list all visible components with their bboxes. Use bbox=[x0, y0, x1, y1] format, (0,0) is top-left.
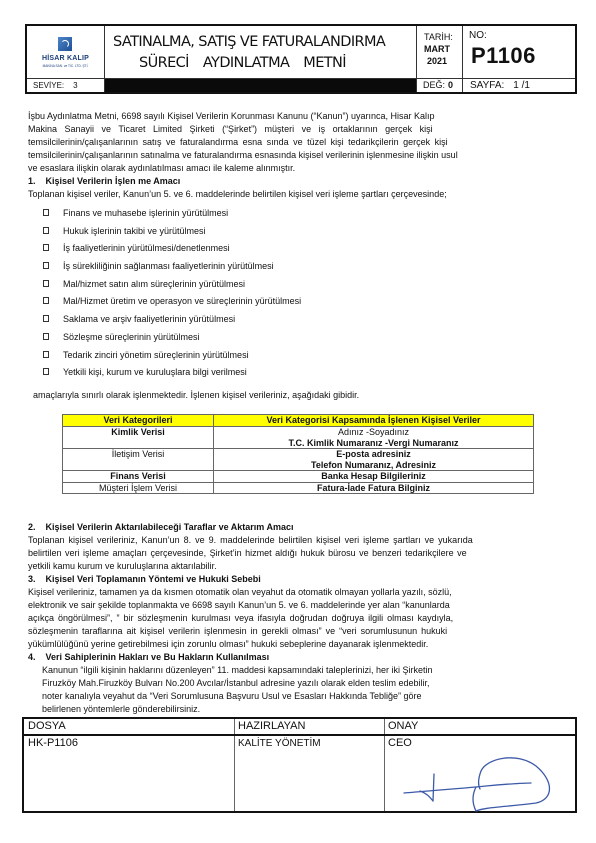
date-box: TARİH: MART 2021 bbox=[417, 26, 463, 79]
title-line-2: SÜRECİ AYDINLATMA METNİ bbox=[139, 55, 346, 71]
checkbox-icon bbox=[43, 297, 49, 304]
document-header: HİSAR KALIP MAKİNA SAN. ve TİC. LTD. ŞTİ… bbox=[25, 24, 577, 94]
paragraph-line: Firuzköy Mah.Firuzköy Bulvarı No.200 Avc… bbox=[42, 677, 430, 690]
logo-icon bbox=[58, 37, 72, 51]
section-1-lead: Toplanan kişisel veriler, Kanun’un 5. ve… bbox=[28, 188, 447, 201]
company-subtitle: MAKİNA SAN. ve TİC. LTD. ŞTİ. bbox=[27, 64, 104, 68]
revision-label: DEĞ: bbox=[423, 80, 445, 90]
intro-paragraph: İşbu Aydınlatma Metni, 6698 sayılı Kişis… bbox=[28, 110, 576, 175]
prepared-value: KALİTE YÖNETİM bbox=[234, 736, 321, 751]
section-3-heading: 3. Kişisel Veri Toplamanın Yöntemi ve Hu… bbox=[28, 573, 261, 586]
file-value: HK-P1106 bbox=[24, 736, 78, 751]
list-item: Mal/Hizmet üretim ve operasyon ve süreçl… bbox=[43, 295, 301, 313]
section-4-heading: 4. Veri Sahiplerinin Hakları ve Bu Hakla… bbox=[28, 651, 269, 664]
section-1-closing: amaçlarıyla sınırlı olarak işlenmektedir… bbox=[33, 389, 359, 402]
text: E-posta adresiniz bbox=[216, 449, 531, 460]
intro-line: İşbu Aydınlatma Metni, 6698 sayılı Kişis… bbox=[28, 110, 576, 123]
column-header: Veri Kategorisi Kapsamında İşlenen Kişis… bbox=[214, 415, 534, 427]
paragraph-line: elektronik ve sair şekilde toplanmakta v… bbox=[28, 599, 450, 612]
category-cell: İletişim Verisi bbox=[63, 449, 214, 471]
document-number: P1106 bbox=[471, 43, 536, 69]
category-cell: Müşteri İşlem Verisi bbox=[63, 482, 214, 494]
paragraph-line: belirtilen veri işleme amaçları çerçeves… bbox=[28, 547, 467, 560]
checkbox-icon bbox=[43, 333, 49, 340]
page-label: SAYFA: bbox=[470, 80, 504, 91]
text: Fatura-İade Fatura Bilginiz bbox=[216, 483, 531, 494]
paragraph-line: sözleşmenin taraflarına ait kişisel veri… bbox=[28, 625, 447, 638]
list-item-text: Yetkili kişi, kurum ve kuruluşlara bilgi… bbox=[63, 367, 247, 377]
checkbox-icon bbox=[43, 315, 49, 322]
text: Banka Hesap Bilgileriniz bbox=[216, 471, 531, 482]
list-item: Mal/hizmet satın alım süreçlerinin yürüt… bbox=[43, 278, 301, 296]
text: 3. bbox=[28, 573, 43, 586]
section-1-heading: 1. Kişisel Verilerin İşlen me Amacı bbox=[28, 175, 180, 188]
date-month: MART bbox=[424, 44, 450, 54]
text: T.C. Kimlik Numaranız -Vergi Numaranız bbox=[216, 438, 531, 449]
no-label: NO: bbox=[469, 30, 487, 41]
approval-table: DOSYA HAZIRLAYAN ONAY HK-P1106 KALİTE YÖ… bbox=[22, 717, 577, 813]
section-title: Kişisel Verilerin Aktarılabileceği Taraf… bbox=[46, 522, 294, 532]
list-item: Finans ve muhasebe işlerinin yürütülmesi bbox=[43, 207, 301, 225]
list-item: İş sürekliliğinin sağlanması faaliyetler… bbox=[43, 260, 301, 278]
document-title: SATINALMA, SATIŞ VE FATURALANDIRMA SÜREC… bbox=[105, 26, 417, 79]
checkbox-icon bbox=[43, 280, 49, 287]
paragraph-line: yükümlülüğünü yerine getirebilmesi için … bbox=[28, 638, 428, 651]
text: Adınız -Soyadınız bbox=[216, 427, 531, 438]
prepared-label: HAZIRLAYAN bbox=[234, 719, 305, 734]
list-item-text: Finans ve muhasebe işlerinin yürütülmesi bbox=[63, 208, 228, 218]
list-item-text: Tedarik zinciri yönetim süreçlerinin yür… bbox=[63, 350, 249, 360]
data-cell: E-posta adresinizTelefon Numaranız, Adre… bbox=[214, 449, 534, 471]
paragraph-line: Kişisel verileriniz, tamamen ya da kısme… bbox=[28, 586, 452, 599]
company-name: HİSAR KALIP bbox=[27, 55, 104, 62]
approval-label: ONAY bbox=[384, 719, 418, 734]
intro-line: temsilcilerinin/çalışanlarının satış ve … bbox=[28, 136, 576, 149]
column-header: Veri Kategorileri bbox=[63, 415, 214, 427]
paragraph-line: Kanunun “ilgili kişinin haklarını düzenl… bbox=[42, 664, 433, 677]
paragraph-line: Toplanan kişisel verileriniz, Kanun’un 8… bbox=[28, 534, 473, 547]
list-item-text: İş faaliyetlerinin yürütülmesi/denetlenm… bbox=[63, 243, 230, 253]
list-item-text: Hukuk işlerinin takibi ve yürütülmesi bbox=[63, 226, 206, 236]
checkbox-icon bbox=[43, 209, 49, 216]
date-year: 2021 bbox=[427, 56, 447, 66]
company-logo: HİSAR KALIP MAKİNA SAN. ve TİC. LTD. ŞTİ… bbox=[27, 26, 105, 79]
section-number: 1. bbox=[28, 175, 43, 188]
list-item: İş faaliyetlerinin yürütülmesi/denetlenm… bbox=[43, 242, 301, 260]
checkbox-icon bbox=[43, 368, 49, 375]
checkbox-icon bbox=[43, 244, 49, 251]
revision-value: 0 bbox=[448, 80, 453, 90]
table-header-row: Veri Kategorileri Veri Kategorisi Kapsam… bbox=[63, 415, 534, 427]
intro-line: ve esaslara ilişkin olarak aydınlatılmas… bbox=[28, 162, 576, 175]
level-label: SEVİYE: bbox=[33, 81, 64, 90]
list-item-text: İş sürekliliğinin sağlanması faaliyetler… bbox=[63, 261, 274, 271]
page-value: 1 /1 bbox=[513, 80, 530, 91]
checkbox-icon bbox=[43, 227, 49, 234]
section-title: Kişisel Veri Toplamanın Yöntemi ve Hukuk… bbox=[46, 574, 261, 584]
list-item: Tedarik zinciri yönetim süreçlerinin yür… bbox=[43, 349, 301, 367]
list-item: Saklama ve arşiv faaliyetlerinin yürütül… bbox=[43, 313, 301, 331]
level-value: 3 bbox=[73, 81, 77, 90]
paragraph-line: noter kanalıyla veyahut da “Veri Sorumlu… bbox=[42, 690, 422, 703]
list-item-text: Saklama ve arşiv faaliyetlerinin yürütül… bbox=[63, 314, 235, 324]
paragraph-line: açıkça öngörülmesi”, ” bir sözleşmenin k… bbox=[28, 612, 453, 625]
category-cell: Kimlik Verisi bbox=[63, 427, 214, 449]
section-2-heading: 2. Kişisel Verilerin Aktarılabileceği Ta… bbox=[28, 521, 293, 534]
list-item: Sözleşme süreçlerinin yürütülmesi bbox=[43, 331, 301, 349]
text: 2. bbox=[28, 521, 43, 534]
section-title: Veri Sahiplerinin Hakları ve Bu Hakların… bbox=[46, 652, 270, 662]
text: Telefon Numaranız, Adresiniz bbox=[216, 460, 531, 471]
signature-icon bbox=[396, 741, 556, 813]
page-box: SAYFA:1 /1 bbox=[463, 79, 575, 92]
text: 4. bbox=[28, 651, 43, 664]
category-cell: Finans Verisi bbox=[63, 471, 214, 483]
checkbox-icon bbox=[43, 351, 49, 358]
list-item: Yetkili kişi, kurum ve kuruluşlara bilgi… bbox=[43, 366, 301, 384]
data-cell: Fatura-İade Fatura Bilginiz bbox=[214, 482, 534, 494]
list-item-text: Mal/hizmet satın alım süreçlerinin yürüt… bbox=[63, 279, 245, 289]
data-cell: Banka Hesap Bilgileriniz bbox=[214, 471, 534, 483]
title-line-1: SATINALMA, SATIŞ VE FATURALANDIRMA bbox=[113, 34, 385, 50]
file-label: DOSYA bbox=[24, 719, 66, 734]
table-row: İletişim Verisi E-posta adresinizTelefon… bbox=[63, 449, 534, 471]
header-black-bar bbox=[105, 79, 417, 92]
date-label: TARİH: bbox=[424, 32, 453, 42]
data-categories-table: Veri Kategorileri Veri Kategorisi Kapsam… bbox=[62, 414, 534, 494]
section-title: Kişisel Verilerin İşlen me Amacı bbox=[46, 176, 181, 186]
table-row: Finans Verisi Banka Hesap Bilgileriniz bbox=[63, 471, 534, 483]
list-item-text: Mal/Hizmet üretim ve operasyon ve süreçl… bbox=[63, 296, 301, 306]
list-item: Hukuk işlerinin takibi ve yürütülmesi bbox=[43, 225, 301, 243]
intro-line: Makina Sanayii ve Ticaret Limited Şirket… bbox=[28, 123, 576, 136]
table-row: Kimlik Verisi Adınız -SoyadınızT.C. Kiml… bbox=[63, 427, 534, 449]
data-cell: Adınız -SoyadınızT.C. Kimlik Numaranız -… bbox=[214, 427, 534, 449]
checkbox-icon bbox=[43, 262, 49, 269]
table-row: Müşteri İşlem Verisi Fatura-İade Fatura … bbox=[63, 482, 534, 494]
list-item-text: Sözleşme süreçlerinin yürütülmesi bbox=[63, 332, 200, 342]
processing-purposes-list: Finans ve muhasebe işlerinin yürütülmesi… bbox=[43, 207, 301, 384]
level-box: SEVİYE:3 bbox=[27, 79, 105, 92]
document-number-box: NO: P1106 bbox=[463, 26, 575, 79]
revision-box: DEĞ:0 bbox=[417, 79, 463, 92]
intro-line: temsilcilerinin/çalışanlarının satınalma… bbox=[28, 149, 576, 162]
paragraph-line: yetkili kamu kurum ve kuruluşlarına akta… bbox=[28, 560, 217, 573]
paragraph-line: belirlenen yöntemlerle gönderebilirsiniz… bbox=[42, 703, 200, 716]
